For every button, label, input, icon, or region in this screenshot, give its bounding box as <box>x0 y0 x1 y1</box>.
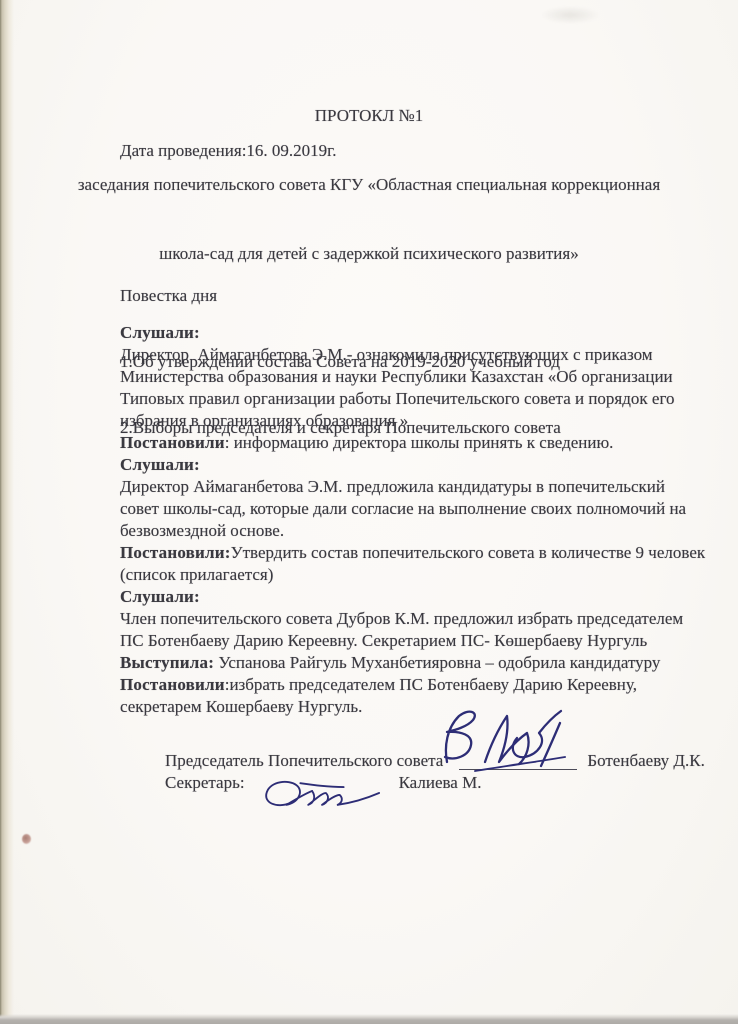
chairman-name: Ботенбаеву Д.К. <box>587 750 704 772</box>
body-line: безвозмездной основе. <box>120 520 720 542</box>
body-line: Министерства образования и науки Республ… <box>120 366 720 388</box>
chairman-signature <box>431 704 581 778</box>
scanned-document-page: ПРОТОКЛ №1 заседания попечительского сов… <box>0 0 738 1024</box>
body-line: Постановили:избрать председателем ПС Бот… <box>120 674 720 696</box>
agenda-heading: Повестка дня <box>120 285 561 307</box>
body-line: (список прилагается) <box>120 564 720 586</box>
body-line: Член попечительского совета Дубров К.М. … <box>120 608 720 630</box>
body-line: Постановили: информацию директора школы … <box>120 432 720 454</box>
scan-edge-bottom <box>0 1014 738 1024</box>
body-lines: Слушали:Директор Аймаганбетова Э.М.- озн… <box>120 322 720 718</box>
body-line: Слушали: <box>120 586 720 608</box>
scan-smudge <box>540 6 600 24</box>
body-line: Выступила: Успанова Райгуль Муханбетияро… <box>120 652 720 674</box>
chairman-label: Председатель Попечительского совета <box>165 750 443 772</box>
document-subtitle-line1: заседания попечительского совета КГУ «Об… <box>40 173 698 196</box>
body-line: Директор Аймаганбетова Э.М.- ознакомила … <box>120 344 720 366</box>
secretary-label: Секретарь: <box>165 772 245 794</box>
chairman-signature-row: Председатель Попечительского советаБотен… <box>165 750 705 772</box>
body-line: ПС Ботенбаеву Дарию Кереевну. Секретарие… <box>120 630 720 652</box>
paper-stain-dot <box>22 834 31 844</box>
document-title: ПРОТОКЛ №1 <box>40 104 698 127</box>
body-line: избрания в организациях образования » <box>120 410 720 432</box>
body-line: совет школы-сад, которые дали согласие н… <box>120 498 720 520</box>
body-line: Типовых правил организации работы Попечи… <box>120 388 720 410</box>
body-line: секретарем Кошербаеву Нургуль. <box>120 696 720 718</box>
secretary-signature <box>257 775 385 811</box>
body-line: Слушали: <box>120 322 720 344</box>
signature-block: Председатель Попечительского советаБотен… <box>165 750 705 808</box>
date-line: Дата проведения:16. 09.2019г. <box>120 140 336 162</box>
body-line: Директор Аймаганбетова Э.М. предложила к… <box>120 476 720 498</box>
scan-edge-left <box>0 0 14 1024</box>
body-line: Слушали: <box>120 454 720 476</box>
body-line: Постановили:Утвердить состав попечительс… <box>120 542 720 564</box>
